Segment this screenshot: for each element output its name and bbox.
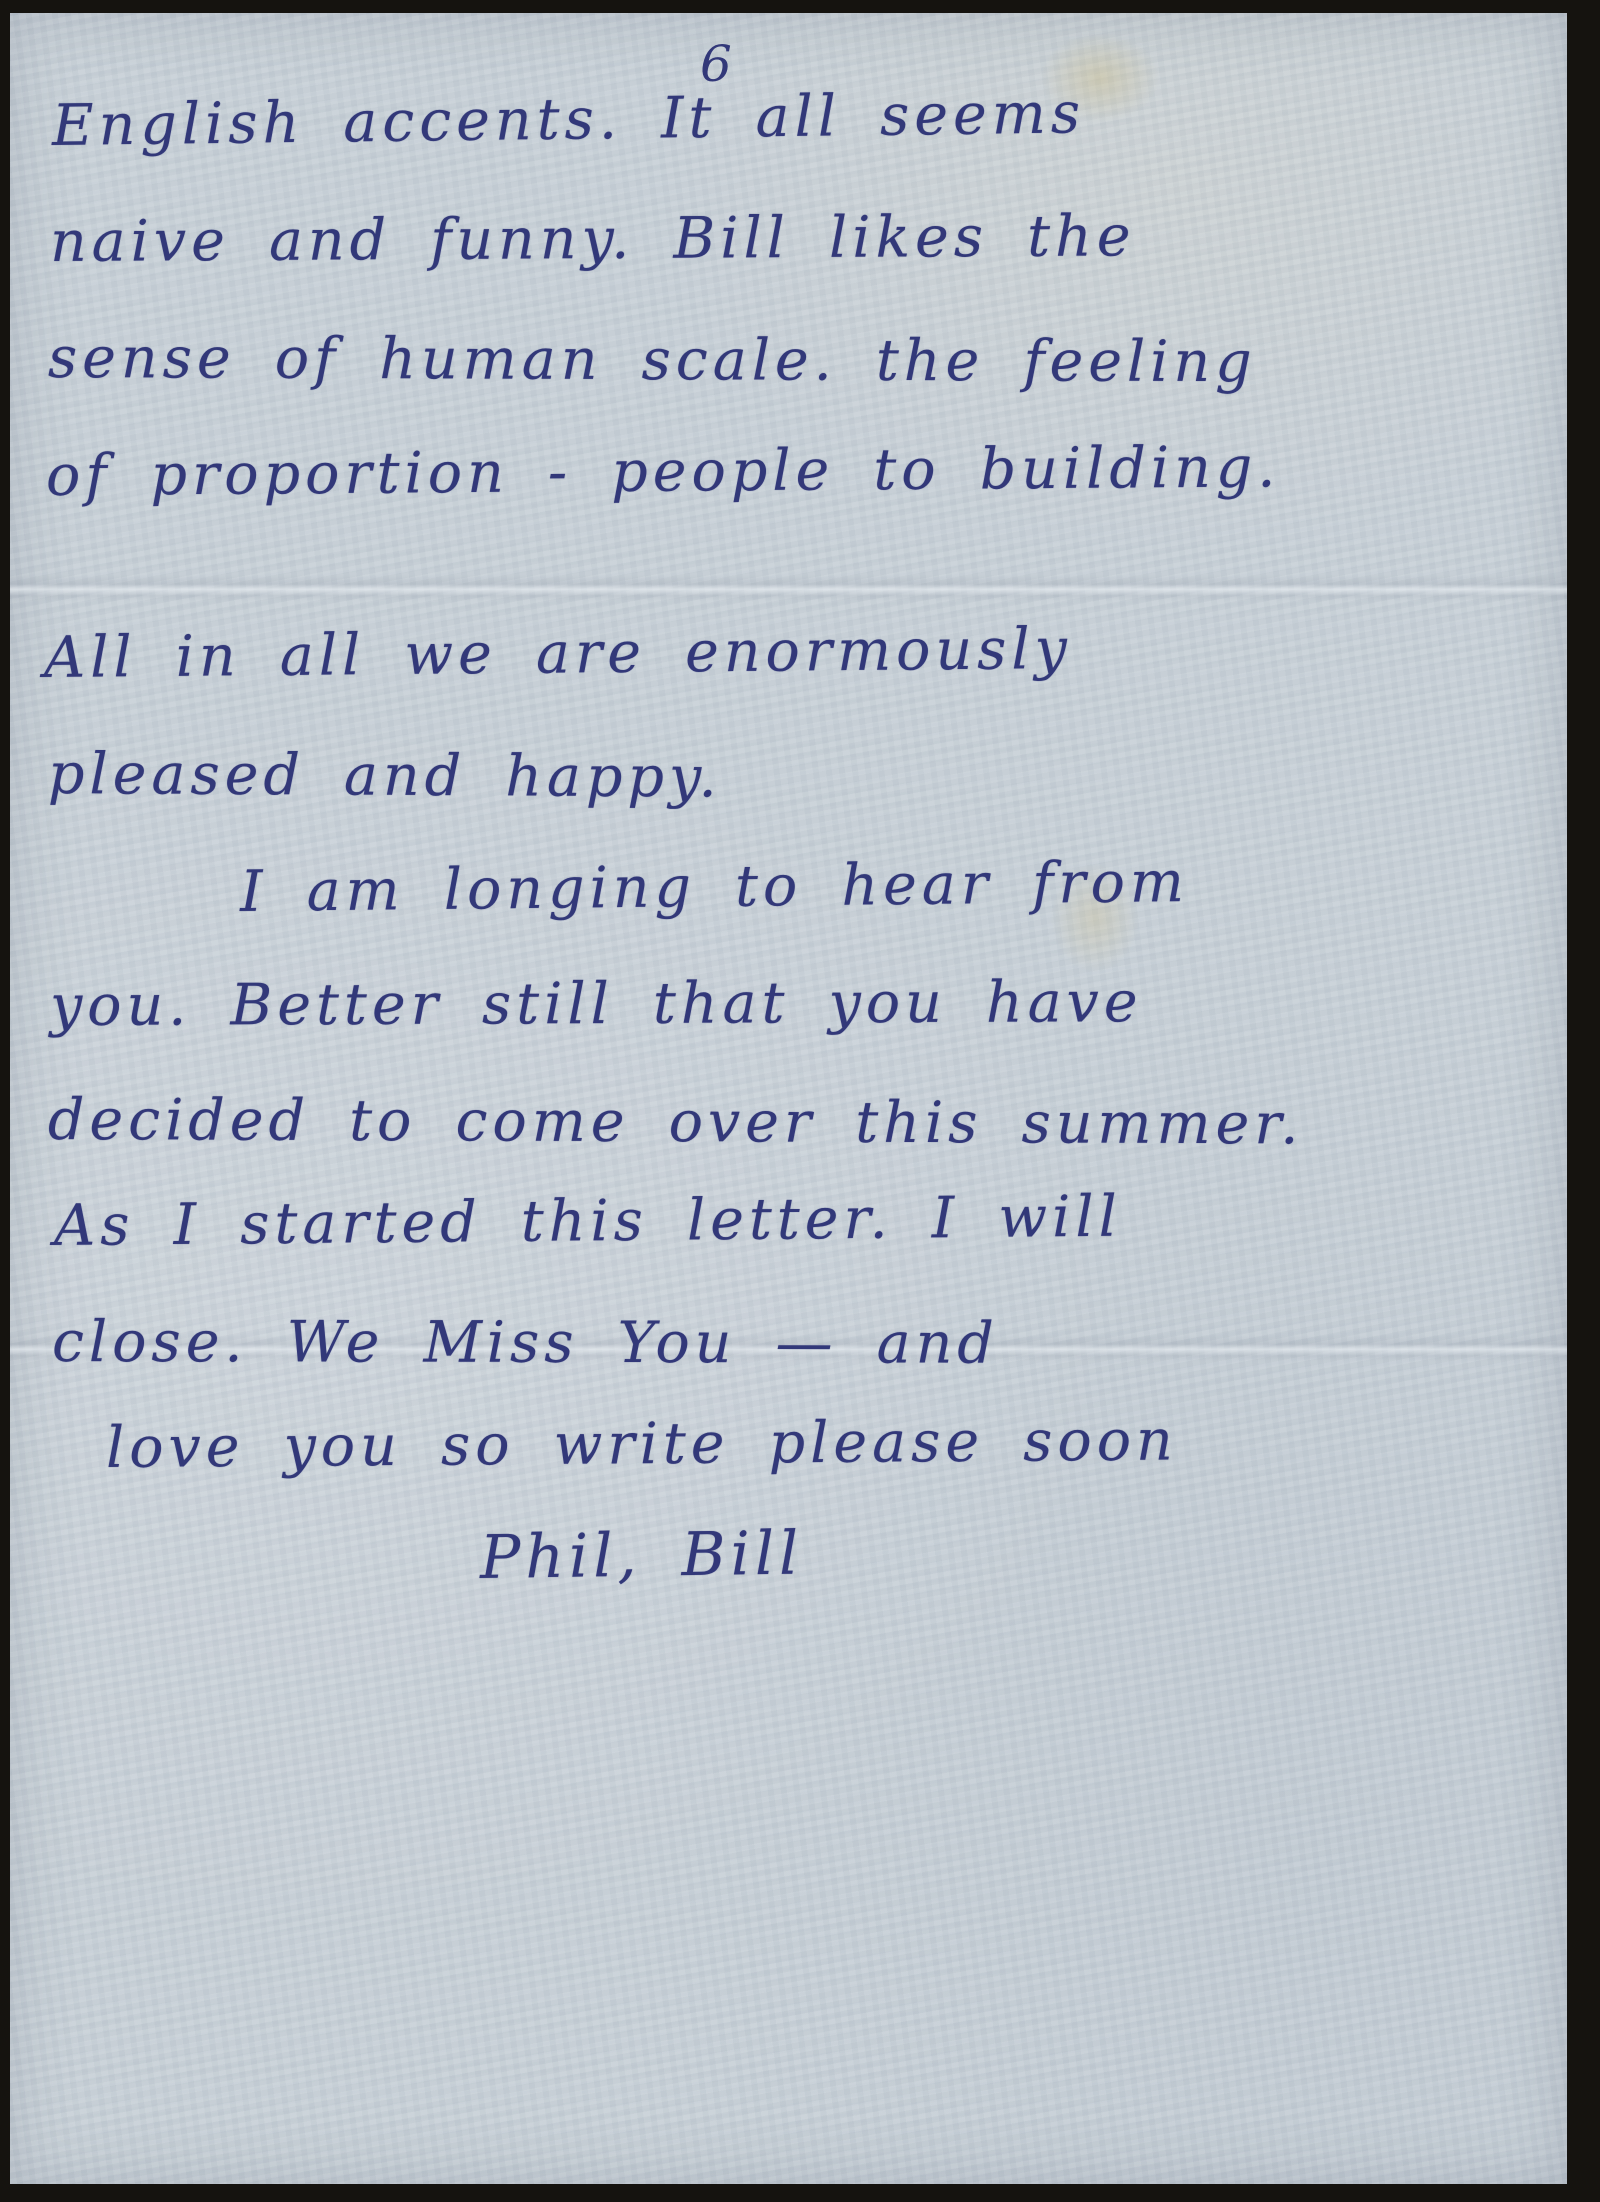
scanned-letter-page: 6 English accents. It all seems naive an… (0, 0, 1600, 2202)
letter-line: of proportion - people to building. (46, 434, 1281, 509)
letter-line: you. Better still that you have (50, 969, 1143, 1039)
letter-line: close. We Miss You — and (52, 1309, 999, 1377)
letter-line: pleased and happy. (48, 741, 722, 811)
letter-line: decided to come over this summer. (48, 1087, 1304, 1157)
letter-line: As I started this letter. I will (54, 1184, 1122, 1259)
letter-line: I am longing to hear from (240, 849, 1190, 925)
fold-crease-upper (10, 575, 1567, 601)
letter-line: All in all we are enormously (44, 616, 1072, 691)
letter-line: sense of human scale. the feeling (48, 325, 1257, 395)
letter-line: English accents. It all seems (52, 80, 1086, 159)
letter-line: love you so write please soon (106, 1408, 1178, 1481)
letter-paper: 6 English accents. It all seems naive an… (10, 13, 1567, 2184)
letter-line: naive and funny. Bill likes the (50, 203, 1136, 275)
signature: Phil, Bill (480, 1518, 804, 1593)
